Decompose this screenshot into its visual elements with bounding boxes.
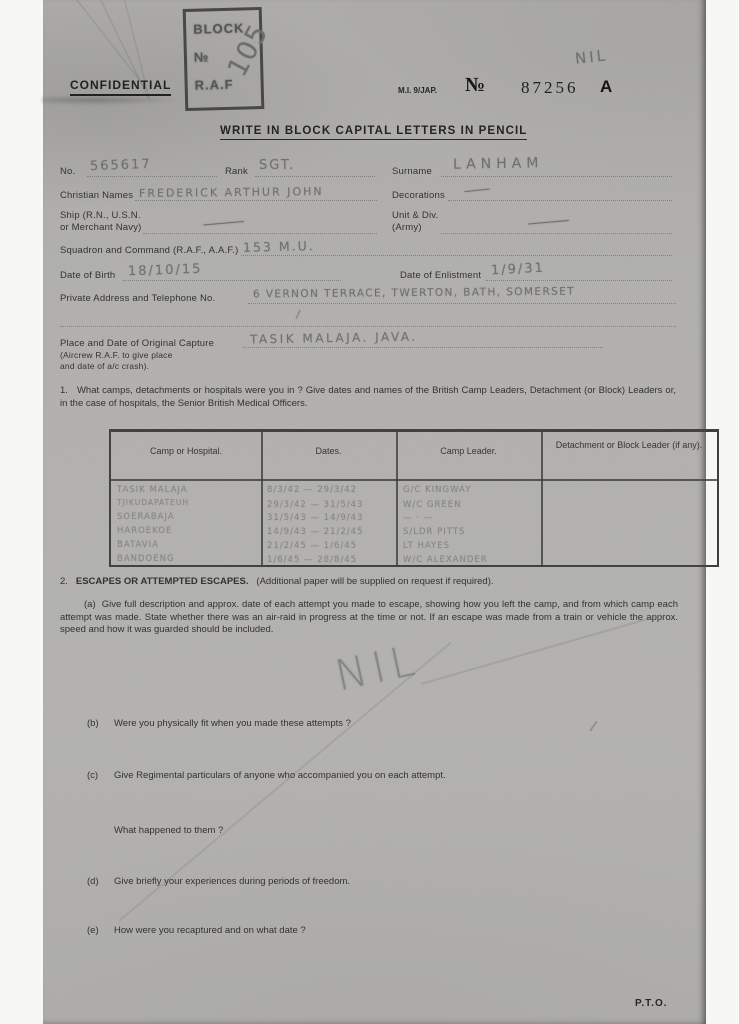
ship-label-line1: Ship (R.N., U.S.N. — [60, 210, 141, 221]
field-rule — [123, 279, 341, 281]
table-row-dates: 29/3/42 — 31/5/43 — [267, 500, 363, 510]
page-turn-over-marking: P.T.O. — [635, 998, 668, 1009]
question-2b-text: Were you physically fit when you made th… — [114, 718, 351, 729]
field-rule — [255, 175, 375, 177]
question-2-title: ESCAPES OR ATTEMPTED ESCAPES. — [76, 576, 249, 587]
private-address-value: 6 VERNON TERRACE, TWERTON, BATH, SOMERSE… — [253, 286, 575, 301]
table-row-dates: 21/2/45 — 1/6/45 — [267, 541, 357, 551]
date-of-birth-value: 18/10/15 — [128, 262, 203, 280]
question-2d-text: Give briefly your experiences during per… — [114, 876, 350, 887]
ship-value: — — [200, 211, 252, 233]
form-paper-sheet: CONFIDENTIAL BLOCK № R.A.F 105 M.I. 9/JA… — [43, 0, 706, 1024]
field-rule — [143, 232, 377, 234]
field-rule — [87, 175, 217, 177]
unit-div-value: — — [525, 210, 577, 232]
service-number-label: No. — [60, 166, 75, 177]
surname-value: LANHAM — [453, 155, 544, 173]
question-2-number: 2. — [60, 576, 68, 587]
table-row-camp: BATAVIA — [117, 540, 159, 550]
table-row-leader: LT HAYES — [403, 541, 450, 551]
unit-div-label-line2: (Army) — [392, 222, 422, 233]
table-row-dates: 8/3/42 — 29/3/42 — [267, 485, 357, 495]
table-row-leader: S/LDR PITTS — [403, 527, 465, 537]
table-row-leader: W/C GREEN — [403, 500, 462, 510]
table-row-leader: — · — — [403, 513, 433, 523]
table-row-leader: W/C ALEXANDER — [403, 555, 488, 565]
handwritten-nil-answer: NIL — [331, 635, 425, 701]
decorations-label: Decorations — [392, 190, 445, 201]
field-rule — [241, 254, 672, 256]
table-header-camp: Camp or Hospital. — [111, 446, 261, 458]
christian-names-value: FREDERICK ARTHUR JOHN — [139, 185, 324, 200]
confidential-marking: CONFIDENTIAL — [70, 78, 171, 96]
decorations-value: — — [462, 180, 495, 199]
serial-no-symbol: № — [465, 74, 485, 97]
field-rule — [448, 199, 672, 201]
field-rule — [135, 199, 377, 201]
squadron-command-value: 153 M.U. — [243, 238, 315, 255]
capture-place-value: TASIK MALAJA. JAVA. — [250, 330, 418, 347]
form-title: WRITE IN BLOCK CAPITAL LETTERS IN PENCIL — [220, 125, 527, 140]
field-rule — [248, 302, 676, 304]
series-letter: A — [600, 77, 612, 97]
question-1: 1. What camps, detachments or hospitals … — [60, 385, 676, 410]
question-2c-text: Give Regimental particulars of anyone wh… — [114, 770, 446, 781]
table-row-dates: 31/5/43 — 14/9/43 — [267, 513, 363, 523]
surname-label: Surname — [392, 166, 432, 177]
question-2-note: (Additional paper will be supplied on re… — [256, 576, 493, 587]
service-number-value: 565617 — [90, 157, 152, 174]
field-rule — [243, 346, 603, 348]
scanned-pow-form-page: CONFIDENTIAL BLOCK № R.A.F 105 M.I. 9/JA… — [0, 0, 739, 1024]
squadron-command-label: Squadron and Command (R.A.F., A.A.F.) — [60, 245, 238, 256]
table-row-camp: TASIK MALAJA — [117, 485, 188, 495]
table-header-leader: Camp Leader. — [396, 446, 541, 458]
table-row-leader: G/C KINGWAY — [403, 485, 471, 495]
question-2a-text: Give full description and approx. date o… — [60, 599, 678, 635]
table-row-dates: 14/9/43 — 21/2/45 — [267, 527, 363, 537]
date-of-birth-label: Date of Birth — [60, 270, 115, 281]
christian-names-label: Christian Names — [60, 190, 133, 201]
date-of-enlistment-label: Date of Enlistment — [400, 270, 481, 281]
question-1-text: What camps, detachments or hospitals wer… — [60, 385, 676, 409]
table-header-dates: Dates. — [261, 446, 396, 458]
rank-label: Rank — [225, 166, 248, 177]
ship-label-line2: or Merchant Navy) — [60, 222, 142, 233]
question-1-number: 1. — [60, 385, 68, 396]
table-row-camp: TJIKUDAPATEUH — [117, 498, 189, 507]
question-2c-label: (c) — [87, 770, 98, 781]
camps-table: Camp or Hospital. Dates. Camp Leader. De… — [109, 429, 719, 567]
handwritten-nil-top: NIL — [574, 46, 609, 67]
unit-div-label-line1: Unit & Div. — [392, 210, 438, 221]
table-row-camp: SOERABAJA — [117, 512, 175, 522]
mi9-reference-label: M.I. 9/JAP. — [398, 86, 437, 95]
question-2c-followup-text: What happened to them ? — [114, 825, 223, 836]
table-row-camp: BANDOENG — [117, 554, 175, 564]
table-row-dates: 1/6/45 — 28/8/45 — [267, 555, 357, 565]
field-rule — [441, 232, 672, 234]
question-2b-label: (b) — [87, 718, 99, 729]
capture-place-label: Place and Date of Original Capture — [60, 338, 214, 349]
field-rule — [486, 279, 672, 281]
date-of-enlistment-value: 1/9/31 — [491, 261, 546, 279]
table-row-camp: HAROEKOE — [117, 526, 172, 536]
table-header-rule — [111, 479, 717, 481]
field-rule — [60, 325, 676, 327]
capture-note-line1: (Aircrew R.A.F. to give place — [60, 350, 173, 360]
table-header-block-leader: Detachment or Block Leader (if any). — [553, 440, 705, 452]
field-rule — [441, 175, 672, 177]
serial-number: 87256 — [521, 78, 579, 98]
private-address-label: Private Address and Telephone No. — [60, 293, 215, 304]
rank-value: SGT. — [259, 158, 295, 173]
pencil-tick — [589, 721, 598, 732]
table-column-divider — [541, 432, 543, 565]
question-2e-label: (e) — [87, 925, 99, 936]
question-2e-text: How were you recaptured and on what date… — [114, 925, 306, 936]
question-2a-label: (a) — [84, 599, 96, 610]
capture-note-line2: and date of a/c crash). — [60, 361, 149, 371]
question-2a: (a) Give full description and approx. da… — [60, 599, 678, 637]
pencil-tick — [295, 310, 301, 320]
question-2d-label: (d) — [87, 876, 99, 887]
question-2-heading: 2. ESCAPES OR ATTEMPTED ESCAPES. (Additi… — [60, 576, 676, 589]
